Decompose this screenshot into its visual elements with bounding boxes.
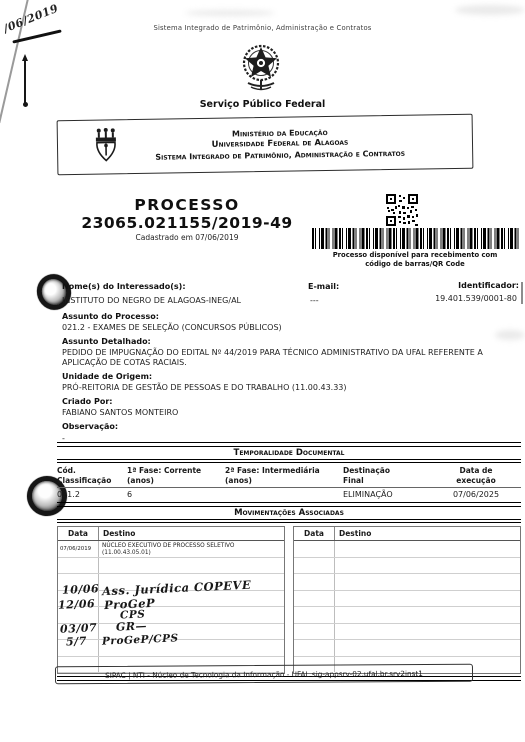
- handwritten-movement-date: 12/06: [58, 597, 96, 612]
- barcode-caption: Processo disponível para recebimento com…: [306, 251, 524, 268]
- table-cell: [225, 488, 343, 502]
- process-title: PROCESSO: [58, 196, 316, 214]
- handwritten-arrow-mark: [24, 60, 26, 104]
- created-by-value: FABIANO SANTOS MONTEIRO: [62, 408, 178, 417]
- table-cell: 07/06/2025: [431, 488, 521, 502]
- barcode-caption-line1: Processo disponível para recebimento com: [306, 251, 524, 260]
- table-rule: [57, 519, 521, 524]
- temporality-header-row: Cód. Classificação 1ª Fase: Corrente (an…: [57, 463, 521, 487]
- scan-smudge: [495, 330, 525, 340]
- column-header: Destinação Final: [343, 463, 431, 487]
- subject-value: 021.2 - EXAMES DE SELEÇÃO (CONCURSOS PÚB…: [62, 323, 282, 332]
- temporality-table-title: Temporalidade Documental: [57, 447, 521, 459]
- movements-table-right: Data Destino: [293, 526, 521, 674]
- barcode-caption-line2: código de barras/QR Code: [306, 260, 524, 269]
- email-value: ---: [310, 296, 319, 305]
- handwritten-movement-date: 03/07: [60, 621, 98, 636]
- detailed-subject-label: Assunto Detalhado:: [62, 337, 151, 346]
- process-registered-date: Cadastrado em 07/06/2019: [58, 233, 316, 242]
- handwritten-movement-date: 5/7: [66, 635, 87, 649]
- handwritten-movement-destination: GR—: [116, 619, 148, 633]
- scanned-process-document: /06/2019 Sistema Integrado de Patrimônio…: [0, 0, 525, 742]
- process-block: PROCESSO 23065.021155/2019-49 Cadastrado…: [58, 196, 316, 242]
- observation-label: Observação:: [62, 422, 118, 431]
- movement-destination-line1: NÚCLEO EXECUTIVO DE PROCESSO SELETIVO: [102, 543, 282, 550]
- scan-edge-mark: [521, 282, 523, 304]
- movement-destination-line2: (11.00.43.05.01): [102, 550, 282, 557]
- movement-date: 07/06/2019: [60, 546, 91, 552]
- scan-smudge: [185, 10, 275, 16]
- column-header: Data de execução: [431, 463, 521, 487]
- email-label: E-mail:: [308, 282, 339, 291]
- paper-fastener-icon: [32, 269, 76, 314]
- table-cell: 6: [127, 488, 225, 502]
- table-cell: 021.2: [57, 488, 127, 502]
- column-header: 1ª Fase: Corrente (anos): [127, 463, 225, 487]
- column-header: 2ª Fase: Intermediária (anos): [225, 463, 343, 487]
- destination-column-header: Destino: [99, 527, 284, 540]
- origin-unit-value: PRÓ-REITORIA DE GESTÃO DE PESSOAS E DO T…: [62, 383, 347, 392]
- date-column-header: Data: [58, 527, 99, 540]
- qr-code-icon: [385, 193, 419, 231]
- barcode: [312, 228, 521, 249]
- identifier-label: Identificador:: [400, 281, 519, 290]
- identifier-value: 19.401.539/0001-80: [400, 294, 517, 303]
- table-cell: ELIMINAÇÃO: [343, 488, 431, 502]
- temporality-data-row: 021.2 6 ELIMINAÇÃO 07/06/2025: [57, 488, 521, 502]
- movements-table-title: Movimentações Associadas: [57, 507, 521, 519]
- footer-bar: SIPAC | NTI - Núcleo de Tecnologia da In…: [55, 664, 473, 685]
- scan-smudge: [455, 5, 525, 15]
- brazil-coat-of-arms-icon: [238, 39, 284, 99]
- handwritten-movement-date: 10/06: [62, 582, 100, 597]
- date-column-header: Data: [294, 527, 335, 540]
- movement-destination: NÚCLEO EXECUTIVO DE PROCESSO SELETIVO (1…: [102, 543, 282, 556]
- movements-section: Movimentações Associadas Data Destino: [57, 502, 521, 681]
- column-header: Cód. Classificação: [57, 463, 127, 487]
- destination-column-header: Destino: [335, 527, 520, 540]
- footer-text: SIPAC | NTI - Núcleo de Tecnologia da In…: [105, 669, 423, 680]
- movements-table-left: Data Destino 07/06/2019 NÚCLEO EXECUTIVO…: [57, 526, 285, 674]
- interested-value: INSTITUTO DO NEGRO DE ALAGOAS-INEG/AL: [62, 296, 241, 305]
- service-line: Serviço Público Federal: [0, 99, 525, 110]
- institution-header-box: Ministério da Educação Universidade Fede…: [57, 114, 474, 176]
- created-by-label: Criado Por:: [62, 397, 112, 406]
- system-name: Sistema Integrado de Patrimônio, Adminis…: [0, 24, 525, 32]
- interested-label: Nome(s) do Interessado(s):: [62, 282, 186, 291]
- process-number: 23065.021155/2019-49: [58, 214, 316, 232]
- origin-unit-label: Unidade de Origem:: [62, 372, 152, 381]
- temporality-table: Temporalidade Documental Cód. Classifica…: [57, 442, 521, 507]
- subject-label: Assunto do Processo:: [62, 312, 159, 321]
- detailed-subject-value: PEDIDO DE IMPUGNAÇÃO DO EDITAL Nº 44/201…: [62, 348, 520, 368]
- ufal-logo-icon: [94, 127, 119, 167]
